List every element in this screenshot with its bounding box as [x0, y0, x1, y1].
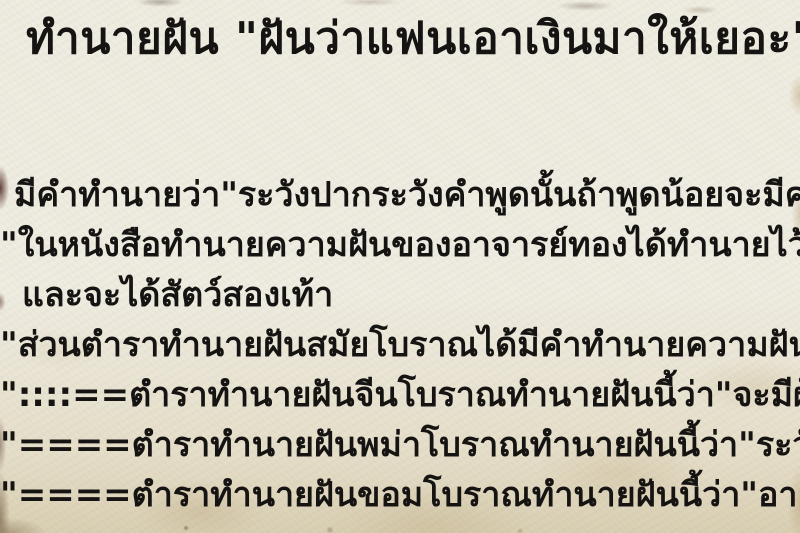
text-line-khmer-treatise: "====ตำราทำนายฝันขอมโบราณทำนายฝันนี้ว่า"… [0, 470, 800, 520]
text-line-burmese-treatise: "====ตำราทำนายฝันพม่าโบราณทำนายฝันนี้ว่า… [0, 420, 800, 470]
text-line-ancient-treatise: "ส่วนตำราทำนายฝันสมัยโบราณได้มีคำทำนายคว… [0, 320, 800, 370]
aged-paper-background: ทำนายฝัน "ฝันว่าแฟนเอาเงินมาให้เยอะ" มีค… [0, 0, 800, 533]
text-line-chinese-treatise: "::::==ตำราทำนายฝันจีนโบราณทำนายฝันนี้ว่… [0, 370, 800, 420]
text-line-two-legged-animal: และจะได้สัตว์สองเท้า [0, 270, 800, 320]
page-title: ทำนายฝัน "ฝันว่าแฟนเอาเงินมาให้เยอะ" [26, 8, 800, 70]
text-line-general-prediction: มีคำทำนายว่า"ระวังปากระวังคำพูดนั้นถ้าพู… [0, 170, 800, 220]
text-line-ajarn-thong-book: "ในหนังสือทำนายความฝันของอาจารย์ทองได้ทำ… [0, 220, 800, 270]
dream-interpretation-text: มีคำทำนายว่า"ระวังปากระวังคำพูดนั้นถ้าพู… [0, 170, 800, 520]
